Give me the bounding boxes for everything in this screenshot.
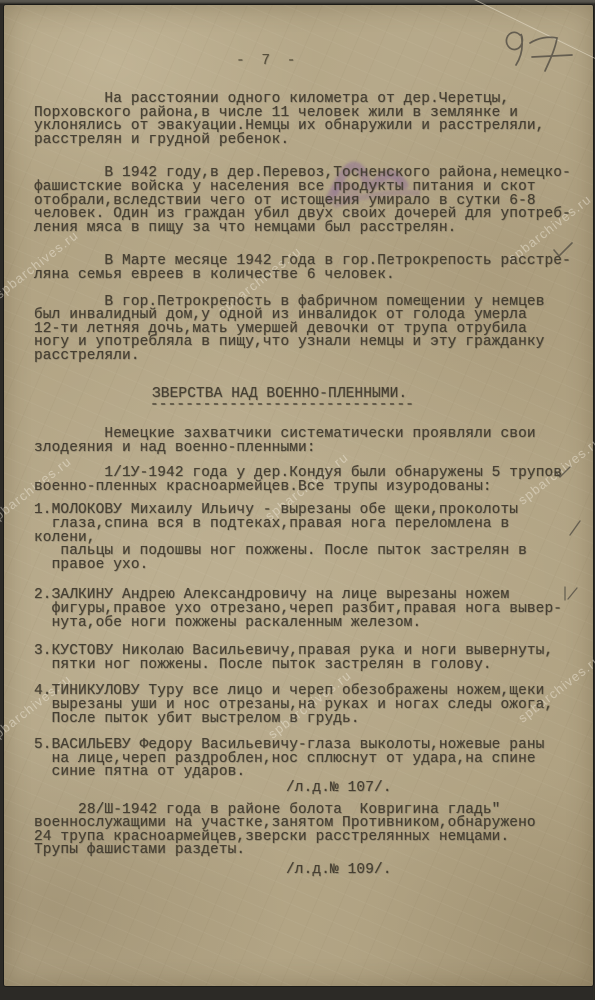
typed-text-block: На расстоянии одного километра от дер.Че… xyxy=(34,93,577,878)
case-file-reference-107: /л.д.№ 107/. xyxy=(286,782,577,796)
paragraph-petrokrepost-jews: В Марте месяце 1942 года в гор.Петрокреп… xyxy=(34,255,577,282)
paper-speckles xyxy=(4,5,6,7)
numbered-item-2: 2.ЗАЛКИНУ Андрею Александровичу на лице … xyxy=(34,589,577,630)
numbered-item-5: 5.ВАСИЛЬЕВУ Федору Васильевичу-глаза вык… xyxy=(34,739,577,780)
document-page: spbarchives.ru spbarchives.ru spbarchive… xyxy=(4,5,593,986)
handwritten-page-number xyxy=(502,19,574,77)
numbered-item-3: 3.КУСТОВУ Николаю Васильевичу,правая рук… xyxy=(34,645,577,672)
paragraph-kovrigina-glad: 28/Ш-1942 года в районе болота Ковригина… xyxy=(34,804,577,858)
paragraph-cheretsy: На расстоянии одного километра от дер.Че… xyxy=(34,93,577,147)
paragraph-konduya: 1/1У-1942 года у дер.Кондуя были обнаруж… xyxy=(34,467,577,494)
scan-background: { "watermark": { "text": "spbarchives.ru… xyxy=(0,0,595,1000)
paragraph-perevoz: В 1942 году,в дер.Перевоз,Тосненского ра… xyxy=(34,167,577,235)
section-title: ЗВЕРСТВА НАД ВОЕННО-ПЛЕННЫМИ. xyxy=(152,388,577,402)
paragraph-pow-intro: Немецкие захватчики систематически прояв… xyxy=(34,428,577,455)
page-number: - 7 - xyxy=(236,53,300,69)
numbered-item-1: 1.МОЛОКОВУ Михаилу Ильичу - вырезаны обе… xyxy=(34,504,577,572)
section-underline: ------------------------------ xyxy=(150,401,420,410)
numbered-item-4: 4.ТИНИКУЛОВУ Туру все лицо и череп обезо… xyxy=(34,685,577,726)
case-file-reference-109: /л.д.№ 109/. xyxy=(286,864,577,878)
paragraph-invalid-house: В гор.Петрокрепость в фабричном помещени… xyxy=(34,296,577,364)
section-header-block: ЗВЕРСТВА НАД ВОЕННО-ПЛЕННЫМИ. ----------… xyxy=(34,388,577,411)
